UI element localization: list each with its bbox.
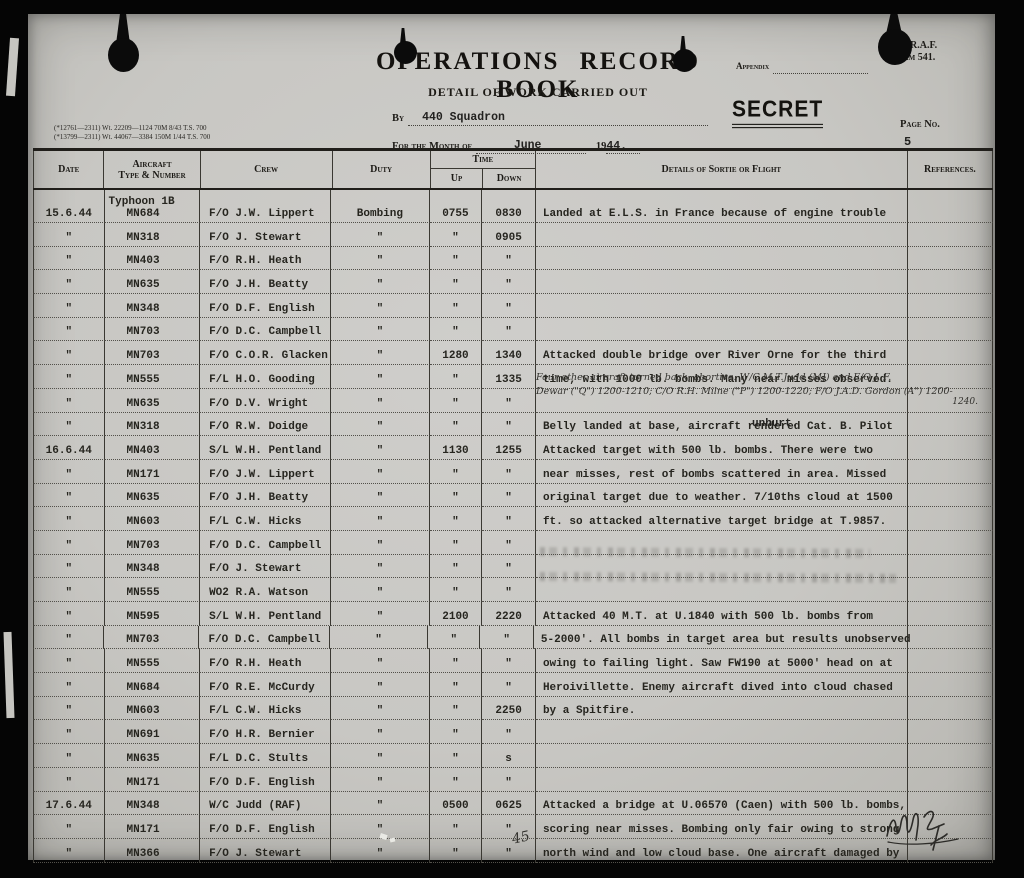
cell-details: scoring near misses. Bombing only fair o…: [536, 815, 908, 839]
cell-details: [536, 223, 908, 247]
cell-down: ": [482, 507, 536, 531]
punch-hole-title: [394, 41, 417, 64]
cell-details: ft. so attacked alternative target bridg…: [536, 507, 908, 531]
handwritten-note-tail: 1240.: [536, 398, 992, 406]
cell-duty: ": [331, 413, 429, 437]
col-header-references: References.: [908, 151, 993, 188]
cell-aircraft: MN595: [105, 602, 201, 626]
cell-down: s: [482, 744, 536, 768]
col-header-time: Time Up Down: [431, 151, 536, 188]
cell-up: 1280: [430, 341, 483, 365]
time-header-label: Time: [431, 151, 535, 169]
table-row: "MN403F/O R.H. Heath""": [33, 247, 993, 271]
cell-down: ": [482, 673, 536, 697]
cell-down: 1335: [482, 365, 536, 389]
cell-up: ": [430, 507, 483, 531]
cell-details: [536, 294, 908, 318]
cell-refs: [908, 507, 993, 531]
cell-refs: [908, 484, 993, 508]
cell-refs: [908, 413, 993, 437]
cell-refs: [908, 578, 993, 602]
cell-date: ": [33, 507, 105, 531]
cell-crew: F/O R.E. McCurdy: [200, 673, 331, 697]
cell-up: ": [430, 720, 483, 744]
cell-crew: F/L C.W. Hicks: [200, 697, 331, 721]
col-header-aircraft: Aircraft Type & Number: [104, 151, 200, 188]
cell-crew: F/O C.O.R. Glacken: [200, 341, 331, 365]
cell-details: near misses, rest of bombs scattered in …: [536, 460, 908, 484]
cell-up: ": [430, 365, 483, 389]
cell-up: ": [430, 413, 483, 437]
cell-refs: [908, 720, 993, 744]
cell-crew: F/L D.C. Stults: [200, 744, 331, 768]
table-row: "MN318F/O R.W. Doidge"""Belly landed at …: [33, 413, 993, 437]
cell-crew: F/O J.H. Beatty: [200, 270, 331, 294]
cell-duty: Bombing: [331, 190, 429, 223]
cell-details: [536, 744, 908, 768]
cell-date: ": [33, 815, 105, 839]
cell-duty: ": [331, 839, 429, 863]
cell-aircraft: MN691: [105, 720, 201, 744]
table-header: Date Aircraft Type & Number Crew Duty Ti…: [33, 148, 993, 190]
cell-date: ": [33, 839, 105, 863]
cell-details: [536, 720, 908, 744]
table-row: "MN703F/O D.C. Campbell""": [33, 318, 993, 342]
cell-duty: ": [331, 484, 429, 508]
cell-refs: [908, 270, 993, 294]
cell-duty: ": [331, 223, 429, 247]
paper-edge-fragment: [6, 38, 19, 96]
secret-stamp: SECRET: [732, 97, 823, 128]
cell-date: ": [33, 673, 105, 697]
cell-aircraft: MN348: [105, 555, 201, 579]
cell-down: 0830: [482, 190, 536, 223]
cell-date: 16.6.44: [33, 436, 105, 460]
cell-aircraft: MN703: [105, 318, 201, 342]
punch-hole-book: [673, 49, 696, 72]
cell-details: Attacked 40 M.T. at U.1840 with 500 lb. …: [536, 602, 908, 626]
cell-date: ": [33, 697, 105, 721]
by-label: By: [392, 113, 404, 124]
cell-up: ": [430, 484, 483, 508]
cell-date: 17.6.44: [33, 792, 105, 816]
cell-down: ": [482, 720, 536, 744]
cell-details: Attacked target with 500 lb. bombs. Ther…: [536, 436, 908, 460]
cell-crew: F/O D.C. Campbell: [200, 318, 331, 342]
cell-details: [536, 768, 908, 792]
cell-crew: W/C Judd (RAF): [200, 792, 331, 816]
cell-date: ": [33, 341, 105, 365]
cell-details: [536, 318, 908, 342]
cell-refs: [908, 247, 993, 271]
aircraft-type: Typhoon 1B: [109, 196, 175, 208]
cell-duty: ": [331, 768, 429, 792]
cell-duty: ": [331, 507, 429, 531]
cell-aircraft: Typhoon 1BMN684: [105, 190, 200, 223]
punch-hole-left: [108, 38, 139, 72]
cell-refs: [908, 697, 993, 721]
table-row: "MN318F/O J. Stewart""0905: [33, 223, 993, 247]
cell-down: 2250: [482, 697, 536, 721]
operations-table: Date Aircraft Type & Number Crew Duty Ti…: [33, 148, 993, 863]
cell-crew: F/O D.F. English: [200, 768, 331, 792]
cell-date: ": [33, 318, 105, 342]
scan-background: { "form": { "title": "OPERATIONS RECORD …: [0, 0, 1024, 878]
cell-refs: [908, 294, 993, 318]
col-header-date: Date: [33, 151, 104, 188]
cell-duty: ": [331, 697, 429, 721]
cell-up: ": [430, 460, 483, 484]
table-row: "MN635F/O J.H. Beatty""": [33, 270, 993, 294]
table-row: "MN635F/O J.H. Beatty"""original target …: [33, 484, 993, 508]
bleedthrough-ghost-line: [540, 572, 896, 583]
cell-up: ": [430, 270, 483, 294]
table-rows: 15.6.44Typhoon 1BMN684F/O J.W. LippertBo…: [33, 190, 993, 863]
cell-down: ": [482, 460, 536, 484]
cell-down: 0905: [482, 223, 536, 247]
cell-date: ": [33, 294, 105, 318]
cell-crew: F/O D.V. Wright: [200, 389, 331, 413]
cell-crew: S/L W.H. Pentland: [200, 602, 331, 626]
cell-duty: ": [331, 270, 429, 294]
cell-down: ": [482, 555, 536, 579]
appendix-dotted-line: [773, 73, 868, 74]
cell-crew: F/O D.F. English: [200, 294, 331, 318]
cell-down: 1340: [482, 341, 536, 365]
paper-sheet: (*12761—2311) Wt. 22209—1124 70M 8/43 T.…: [28, 14, 995, 860]
cell-down: ": [482, 578, 536, 602]
cell-crew: F/O J. Stewart: [200, 223, 331, 247]
form-print-codes: (*12761—2311) Wt. 22209—1124 70M 8/43 T.…: [54, 124, 284, 142]
cell-up: ": [430, 744, 483, 768]
cell-up: ": [430, 649, 483, 673]
cell-date: ": [33, 389, 105, 413]
cell-details: original target due to weather. 7/10ths …: [536, 484, 908, 508]
cell-up: ": [430, 555, 483, 579]
cell-crew: F/O R.W. Doidge: [200, 413, 331, 437]
cell-aircraft: MN171: [105, 815, 201, 839]
cell-date: ": [33, 602, 105, 626]
cell-aircraft: MN171: [105, 768, 201, 792]
table-row: "MN635F/L D.C. Stults""s: [33, 744, 993, 768]
cell-duty: ": [331, 365, 429, 389]
cell-date: ": [33, 270, 105, 294]
cell-refs: [908, 190, 993, 223]
cell-details: Attacked a bridge at U.06570 (Caen) with…: [536, 792, 908, 816]
cell-crew: F/O J.H. Beatty: [200, 484, 331, 508]
cell-details: Attacked double bridge over River Orne f…: [536, 341, 908, 365]
cell-aircraft: MN603: [105, 507, 201, 531]
cell-aircraft: MN635: [105, 270, 201, 294]
appendix-row: Appendix: [736, 56, 868, 74]
table-row: "MN555F/O R.H. Heath"""owing to failing …: [33, 649, 993, 673]
cell-up: ": [430, 578, 483, 602]
cell-refs: [908, 602, 993, 626]
page-number-row: Page No. 5: [900, 114, 995, 150]
handwritten-note: Four other aircraft turned back, abortiv…: [536, 371, 992, 406]
cell-crew: F/O R.H. Heath: [200, 247, 331, 271]
cell-crew: F/O D.C. Campbell: [199, 626, 330, 650]
cell-down: ": [482, 318, 536, 342]
cell-duty: ": [331, 341, 429, 365]
table-row: "MN703F/O C.O.R. Glacken"12801340Attacke…: [33, 341, 993, 365]
cell-crew: F/O H.R. Bernier: [200, 720, 331, 744]
cell-date: ": [33, 484, 105, 508]
cell-aircraft: MN318: [105, 413, 201, 437]
cell-refs: [908, 744, 993, 768]
handwritten-note-line1: Four other aircraft turned back, abortiv…: [536, 371, 992, 385]
cell-date: ": [33, 555, 105, 579]
cell-up: ": [430, 318, 483, 342]
cell-down: ": [482, 768, 536, 792]
cell-details: by a Spitfire.: [536, 697, 908, 721]
table-row: "MN595S/L W.H. Pentland"21002220Attacked…: [33, 602, 993, 626]
cell-up: ": [430, 673, 483, 697]
cell-date: ": [33, 720, 105, 744]
cell-date: ": [33, 413, 105, 437]
cell-refs: [908, 223, 993, 247]
cell-date: ": [33, 531, 105, 555]
cell-aircraft: MN348: [105, 792, 201, 816]
cell-duty: ": [331, 531, 429, 555]
table-row: "MN603F/L C.W. Hicks""2250by a Spitfire.: [33, 697, 993, 721]
by-value: 440 Squadron: [408, 111, 505, 124]
col-header-duty: Duty: [333, 151, 431, 188]
cell-up: 2100: [430, 602, 483, 626]
cell-crew: F/O D.C. Campbell: [200, 531, 331, 555]
bleedthrough-ghost-line: [540, 547, 870, 558]
table-row: "MN171F/O D.F. English""": [33, 768, 993, 792]
appendix-label: Appendix: [736, 61, 769, 71]
cell-aircraft: MN603: [105, 697, 201, 721]
cell-crew: F/L C.W. Hicks: [200, 507, 331, 531]
cell-down: ": [482, 247, 536, 271]
cell-date: ": [33, 578, 105, 602]
cell-aircraft: MN403: [105, 436, 201, 460]
cell-duty: ": [331, 602, 429, 626]
cell-date: 15.6.44: [33, 190, 105, 223]
cell-up: ": [430, 247, 483, 271]
cell-details: Belly landed at base, aircraft rendered …: [536, 413, 908, 437]
table-row: "MN684F/O R.E. McCurdy"""Heroivillette. …: [33, 673, 993, 697]
cell-aircraft: MN703: [105, 531, 201, 555]
aircraft-number: MN684: [127, 208, 160, 220]
cell-duty: ": [330, 626, 428, 650]
cell-crew: F/O J. Stewart: [200, 839, 331, 863]
cell-refs: [908, 555, 993, 579]
table-row: 17.6.44MN348W/C Judd (RAF)"05000625Attac…: [33, 792, 993, 816]
cell-crew: F/O R.H. Heath: [200, 649, 331, 673]
cell-refs: [908, 436, 993, 460]
cell-up: 0755: [430, 190, 483, 223]
cell-down: 0625: [482, 792, 536, 816]
aircraft-header-line1: Aircraft: [132, 159, 171, 170]
cell-date: ": [33, 768, 105, 792]
cell-up: ": [430, 697, 483, 721]
by-dotted-line: 440 Squadron: [408, 107, 708, 126]
cell-refs: [908, 460, 993, 484]
cell-up: 0500: [430, 792, 483, 816]
cell-down: ": [482, 270, 536, 294]
table-row: "MN603F/L C.W. Hicks"""ft. so attacked a…: [33, 507, 993, 531]
unhurt-note: unhurt.: [752, 418, 798, 430]
cell-down: 1255: [482, 436, 536, 460]
table-row: "MN691F/O H.R. Bernier""": [33, 720, 993, 744]
cell-aircraft: MN555: [105, 649, 201, 673]
cell-date: ": [33, 247, 105, 271]
cell-crew: F/O J.W. Lippert: [200, 460, 331, 484]
cell-refs: [908, 673, 993, 697]
cell-crew: F/L H.O. Gooding: [200, 365, 331, 389]
cell-details: 5-2000'. All bombs in target area but re…: [534, 626, 908, 650]
cell-up: ": [430, 815, 483, 839]
cell-aircraft: MN635: [105, 744, 201, 768]
cell-aircraft: MN703: [104, 626, 199, 650]
cell-date: ": [33, 460, 105, 484]
table-row: 15.6.44Typhoon 1BMN684F/O J.W. LippertBo…: [33, 190, 993, 223]
cell-details: owing to failing light. Saw FW190 at 500…: [536, 649, 908, 673]
cell-refs: [908, 531, 993, 555]
aircraft-header-line2: Type & Number: [118, 170, 185, 181]
cell-crew: F/O D.F. English: [200, 815, 331, 839]
cell-duty: ": [331, 792, 429, 816]
cell-crew: F/O J.W. Lippert: [200, 190, 331, 223]
cell-aircraft: MN703: [105, 341, 201, 365]
cell-up: ": [430, 223, 483, 247]
cell-refs: [908, 626, 993, 650]
cell-duty: ": [331, 436, 429, 460]
cell-up: ": [430, 389, 483, 413]
cell-aircraft: MN318: [105, 223, 201, 247]
cell-duty: ": [331, 460, 429, 484]
col-header-down: Down: [483, 169, 535, 188]
cell-duty: ": [331, 744, 429, 768]
cell-aircraft: MN171: [105, 460, 201, 484]
cell-down: ": [482, 389, 536, 413]
cell-details: [536, 247, 908, 271]
cell-aircraft: MN348: [105, 294, 201, 318]
cell-aircraft: MN403: [105, 247, 201, 271]
cell-up: ": [430, 294, 483, 318]
cell-aircraft: MN635: [105, 484, 201, 508]
cell-aircraft: MN635: [105, 389, 201, 413]
col-header-crew: Crew: [201, 151, 333, 188]
cell-aircraft: MN555: [105, 365, 201, 389]
cell-aircraft: MN555: [105, 578, 201, 602]
cell-down: ": [482, 294, 536, 318]
cell-date: ": [33, 626, 104, 650]
cell-details: [536, 270, 908, 294]
handwritten-note-line2: Dewar ("Q") 1200-1210; C/O R.H. Milne ("…: [536, 385, 992, 399]
cell-duty: ": [331, 649, 429, 673]
cell-date: ": [33, 649, 105, 673]
cell-date: ": [33, 744, 105, 768]
table-row: "MN171F/O J.W. Lippert"""near misses, re…: [33, 460, 993, 484]
table-row: "MN703F/O D.C. Campbell"""5-2000'. All b…: [33, 626, 993, 650]
punch-hole-right: [878, 29, 912, 65]
signature-scribble: [884, 804, 964, 854]
cell-crew: F/O J. Stewart: [200, 555, 331, 579]
cell-duty: ": [331, 555, 429, 579]
cell-refs: [908, 341, 993, 365]
paper-edge-fragment: [4, 632, 15, 718]
table-row: 16.6.44MN403S/L W.H. Pentland"11301255At…: [33, 436, 993, 460]
cell-refs: [908, 318, 993, 342]
cell-down: ": [482, 413, 536, 437]
col-header-up: Up: [431, 169, 484, 188]
cell-duty: ": [331, 720, 429, 744]
cell-up: 1130: [430, 436, 483, 460]
cell-duty: ": [331, 578, 429, 602]
col-header-details: Details of Sortie or Flight: [536, 151, 908, 188]
cell-up: ": [430, 839, 483, 863]
cell-aircraft: MN366: [105, 839, 201, 863]
cell-down: ": [480, 626, 533, 650]
cell-date: ": [33, 365, 105, 389]
by-row: By 440 Squadron: [392, 107, 708, 126]
page-number-label: Page No.: [900, 119, 940, 130]
cell-down: ": [482, 649, 536, 673]
page-subtitle: DETAIL OF WORK CARRIED OUT: [328, 85, 748, 100]
cell-duty: ": [331, 673, 429, 697]
cell-crew: S/L W.H. Pentland: [200, 436, 331, 460]
cell-down: ": [482, 531, 536, 555]
cell-duty: ": [331, 318, 429, 342]
cell-duty: ": [331, 294, 429, 318]
cell-duty: ": [331, 247, 429, 271]
cell-refs: [908, 649, 993, 673]
cell-refs: [908, 768, 993, 792]
cell-up: ": [430, 531, 483, 555]
cell-up: ": [430, 768, 483, 792]
cell-details: north wind and low cloud base. One aircr…: [536, 839, 908, 863]
cell-crew: WO2 R.A. Watson: [200, 578, 331, 602]
table-row: "MN348F/O D.F. English""": [33, 294, 993, 318]
cell-down: 2220: [482, 602, 536, 626]
cell-down: ": [482, 484, 536, 508]
cell-date: ": [33, 223, 105, 247]
cell-details: Heroivillette. Enemy aircraft dived into…: [536, 673, 908, 697]
cell-details: Landed at E.L.S. in France because of en…: [536, 190, 908, 223]
cell-up: ": [428, 626, 480, 650]
cell-duty: ": [331, 389, 429, 413]
cell-aircraft: MN684: [105, 673, 201, 697]
